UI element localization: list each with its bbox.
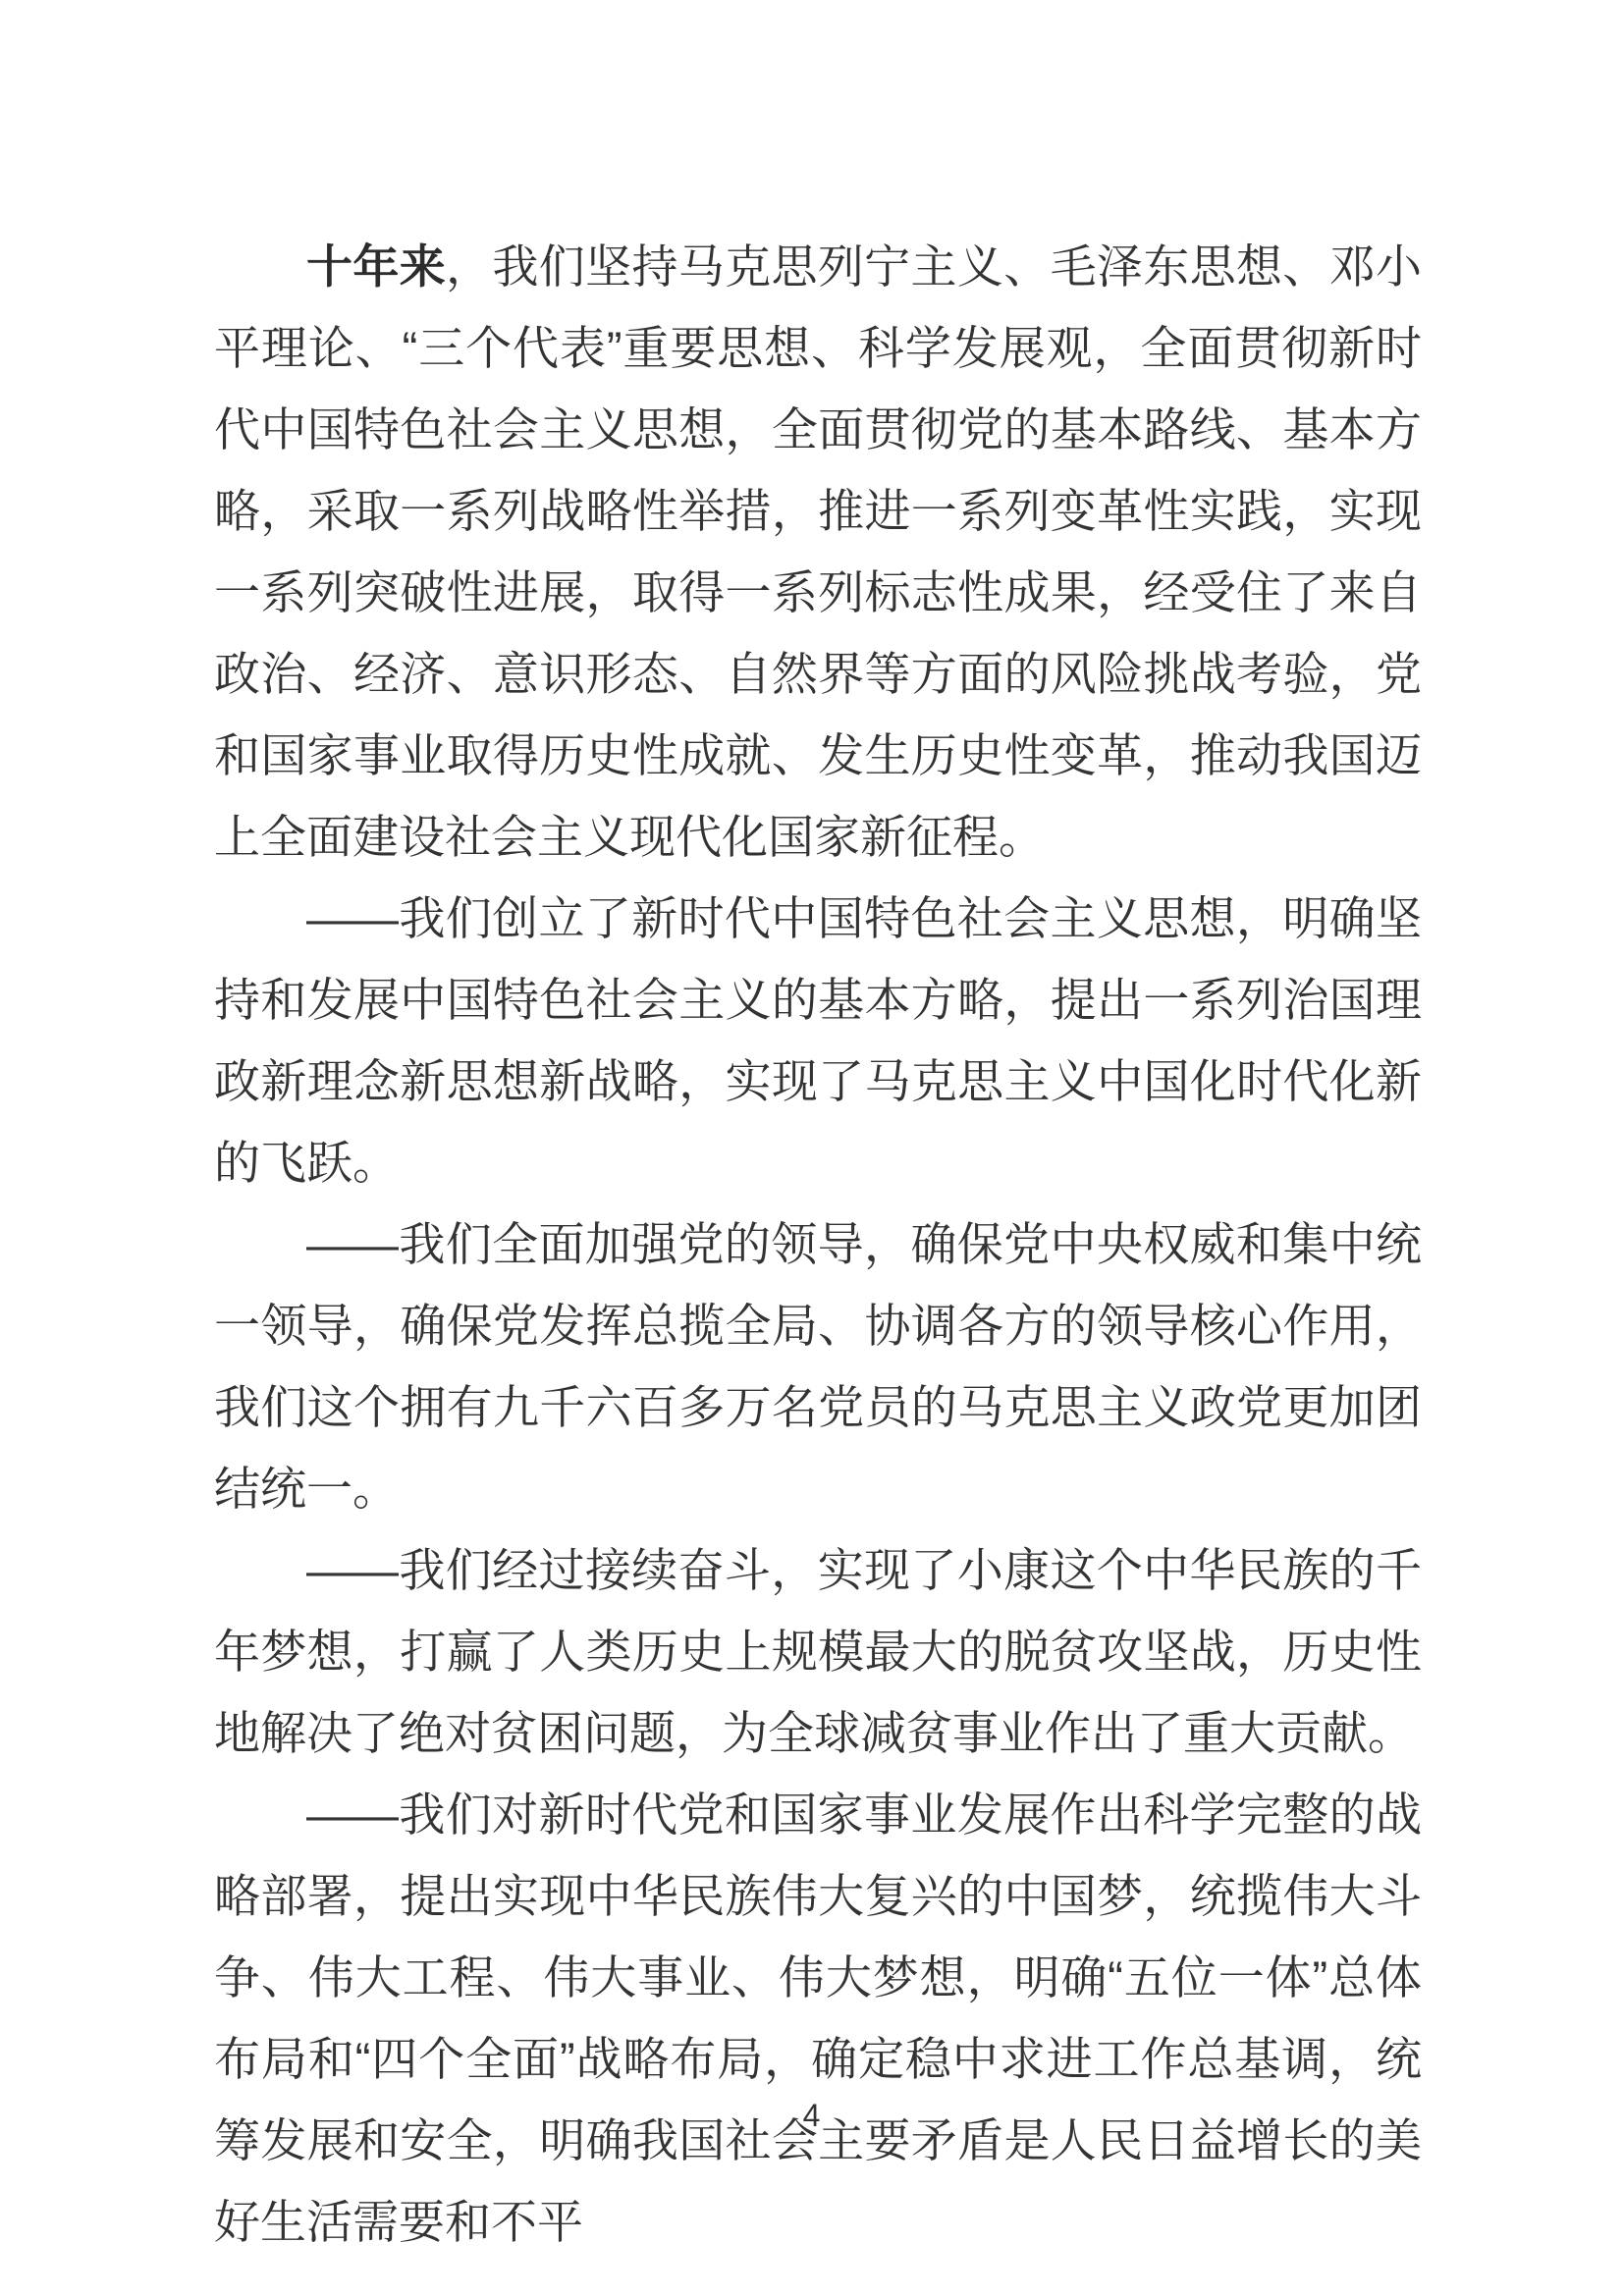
paragraph-text: ——我们经过接续奋斗，实现了小康这个中华民族的千年梦想，打赢了人类历史上规模最大… [214, 1544, 1422, 1759]
document-page: 十年来，我们坚持马克思列宁主义、毛泽东思想、邓小平理论、“三个代表”重要思想、科… [0, 0, 1623, 2296]
body-text: 十年来，我们坚持马克思列宁主义、毛泽东思想、邓小平理论、“三个代表”重要思想、科… [214, 226, 1422, 2263]
paragraph-text: ——我们全面加强党的领导，确保党中央权威和集中统一领导，确保党发挥总揽全局、协调… [214, 1218, 1422, 1515]
paragraph-text: ，我们坚持马克思列宁主义、毛泽东思想、邓小平理论、“三个代表”重要思想、科学发展… [214, 240, 1422, 863]
paragraph-party-leadership: ——我们全面加强党的领导，确保党中央权威和集中统一领导，确保党发挥总揽全局、协调… [214, 1203, 1422, 1529]
paragraph-text: ——我们对新时代党和国家事业发展作出科学完整的战略部署，提出实现中华民族伟大复兴… [214, 1789, 1422, 2248]
paragraph-new-era-thought: ——我们创立了新时代中国特色社会主义思想，明确坚持和发展中国特色社会主义的基本方… [214, 878, 1422, 1203]
paragraph-text: ——我们创立了新时代中国特色社会主义思想，明确坚持和发展中国特色社会主义的基本方… [214, 892, 1422, 1189]
paragraph-lead-bold: 十年来 [306, 240, 446, 293]
paragraph-poverty-alleviation: ——我们经过接续奋斗，实现了小康这个中华民族的千年梦想，打赢了人类历史上规模最大… [214, 1529, 1422, 1774]
paragraph-strategic-plan: ——我们对新时代党和国家事业发展作出科学完整的战略部署，提出实现中华民族伟大复兴… [214, 1774, 1422, 2263]
page-number: 4 [0, 2094, 1623, 2137]
paragraph-decade-achievements: 十年来，我们坚持马克思列宁主义、毛泽东思想、邓小平理论、“三个代表”重要思想、科… [214, 226, 1422, 878]
